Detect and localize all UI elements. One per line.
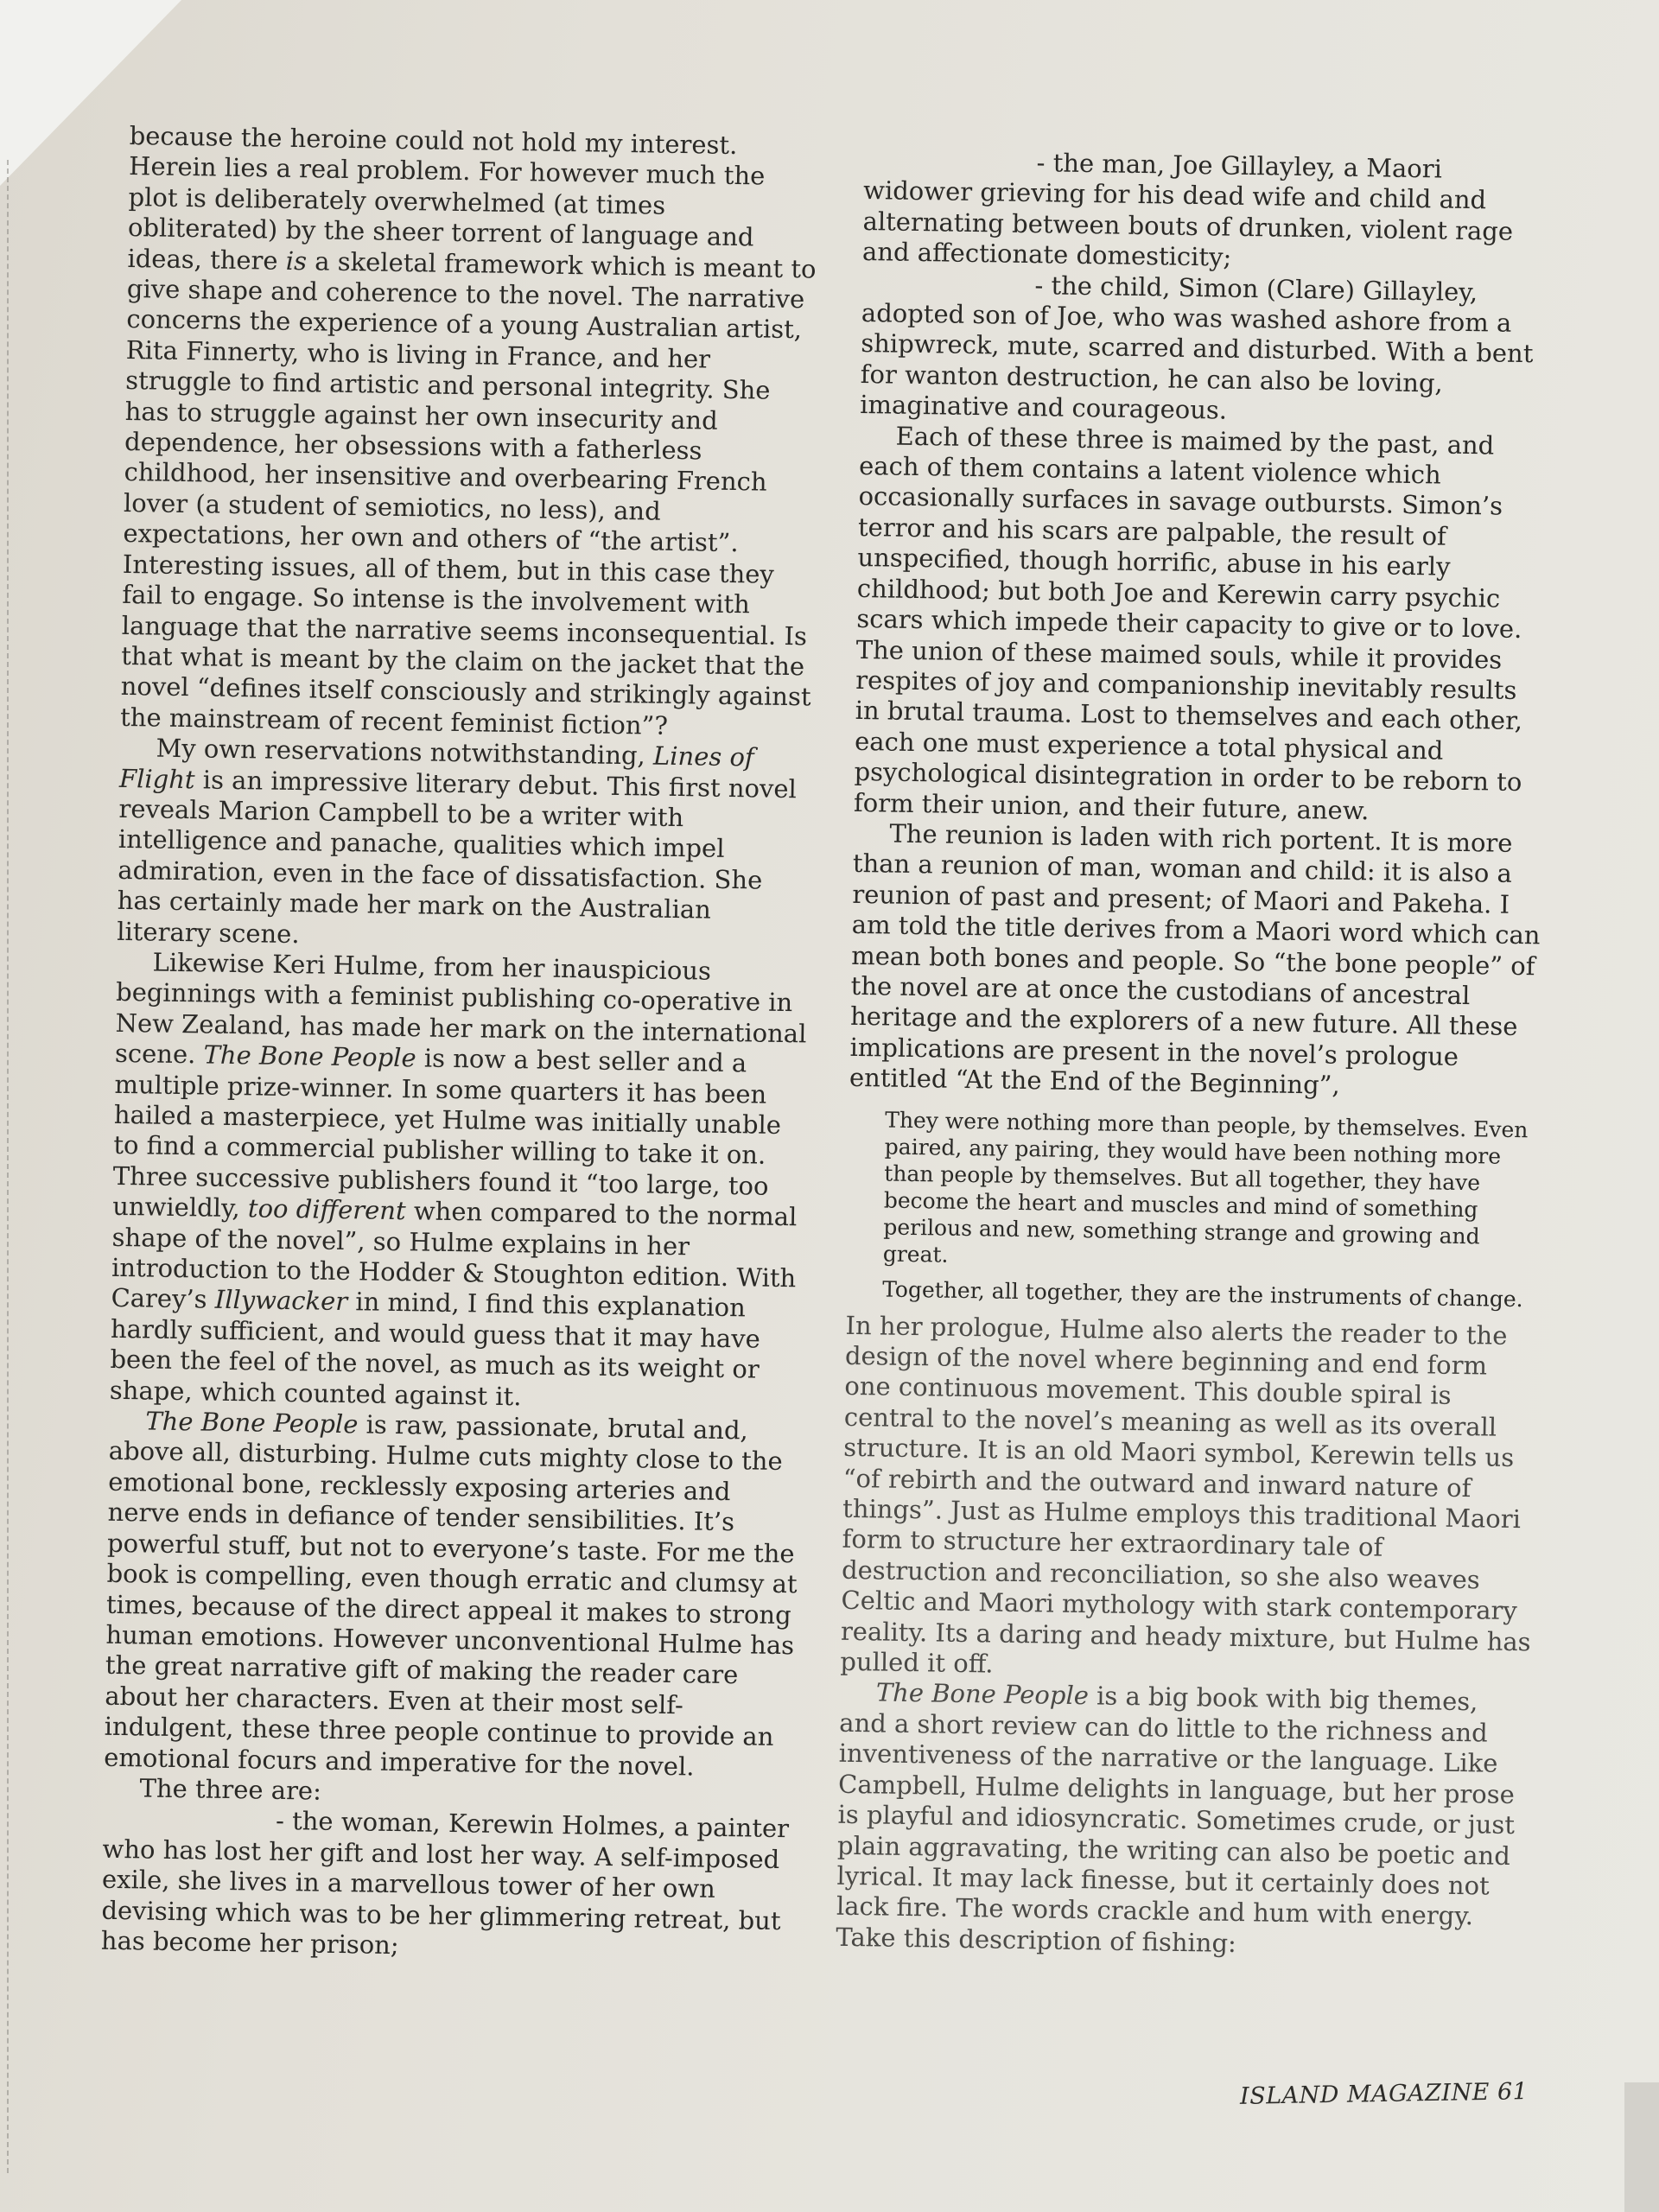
block-quote: They were nothing more than people, by t… [883, 1106, 1541, 1277]
book-title: The Bone People [145, 1407, 359, 1440]
book-title: The Bone People [876, 1678, 1090, 1711]
page-edge-shadow [1624, 2082, 1659, 2212]
paragraph: The Bone People is a big book with big t… [836, 1677, 1531, 1963]
character-entry-woman: - the woman, Kerewin Holmes, a painter w… [101, 1803, 795, 1967]
paragraph: Each of these three is maimed by the pas… [854, 421, 1551, 829]
right-column: - the man, Joe Gillayley, a Maori widowe… [836, 145, 1555, 1963]
page-footer: ISLAND MAGAZINE 61 [1240, 2078, 1529, 2110]
character-entry-child: - the child, Simon (Clare) Gillayley, ad… [860, 268, 1554, 432]
left-column: because the heroine could not hold my in… [101, 121, 821, 1967]
paragraph: The Bone People is raw, passionate, brut… [104, 1406, 801, 1783]
character-entry-man: - the man, Joe Gillayley, a Maori widowe… [862, 145, 1555, 278]
emphasis: too different [248, 1194, 406, 1226]
paragraph: because the heroine could not hold my in… [120, 121, 821, 744]
paragraph: The reunion is laden with rich portent. … [849, 818, 1545, 1104]
paragraph: Likewise Keri Hulme, from her inauspicio… [110, 947, 808, 1417]
paragraph: My own reservations notwithstanding, Lin… [117, 733, 811, 957]
book-title: Illywacker [215, 1285, 348, 1316]
magazine-page: because the heroine could not hold my in… [0, 0, 1659, 2212]
book-title: The Bone People [203, 1040, 416, 1073]
block-quote: Together, all together, they are the ins… [882, 1275, 1537, 1313]
paragraph: In her prologue, Hulme also alerts the r… [840, 1310, 1537, 1688]
emphasis: is [286, 245, 308, 275]
margin-dashed-line [7, 160, 9, 2173]
